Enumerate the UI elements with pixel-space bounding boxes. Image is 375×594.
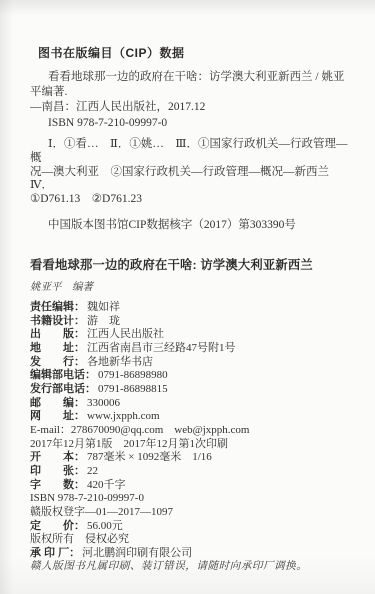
row-sheets-value: 22	[85, 465, 98, 477]
cip-header: 图书在版编目（CIP）数据	[38, 44, 375, 61]
cip-classification: Ⅰ．①看… Ⅱ．①姚… Ⅲ．①国家行政机关—行政管理—概 况—澳大利亚 ②国家行…	[30, 138, 355, 207]
row-email: E-mail：278670090@qq.com web@jxpph.com	[30, 424, 359, 438]
row-publisher: 出 版：江西人民出版社	[30, 328, 359, 342]
row-registration-value: 赣版权登字—01—2017—1097	[30, 506, 173, 518]
cip-record-number: 中国版本图书馆CIP数据核字（2017）第303390号	[48, 216, 375, 232]
row-postcode-value: 330006	[85, 397, 120, 409]
row-distribution-phone: 发行部电话：0791-86898815	[30, 383, 359, 397]
cip-description: 看看地球那一边的政府在干啥：访学澳大利亚新西兰 / 姚亚平编著. —南昌：江西人…	[30, 70, 351, 115]
row-postcode-label: 邮 编：	[30, 397, 85, 409]
row-distribution-phone-label: 发行部电话：	[30, 383, 96, 395]
row-editor: 责任编辑：魏如祥	[30, 301, 359, 315]
row-edition-value: 2017年12月第1版 2017年12月第1次印刷	[30, 438, 228, 450]
row-printer-value: 河北鹏润印刷有限公司	[80, 547, 192, 559]
row-editorial-phone-label: 编辑部电话：	[30, 369, 96, 381]
book-title: 看看地球那一边的政府在干啥: 访学澳大利亚新西兰	[30, 255, 359, 273]
cip-isbn: ISBN 978-7-210-09997-0	[48, 116, 375, 131]
row-distribution-label: 发 行：	[30, 356, 85, 368]
row-designer-label: 书籍设计：	[30, 315, 85, 327]
colophon-rows: 责任编辑：魏如祥 书籍设计：游 珑 出 版：江西人民出版社 地 址：江西省南昌市…	[30, 301, 359, 560]
row-editor-label: 责任编辑：	[30, 301, 85, 313]
row-sheets: 印 张：22	[30, 465, 359, 479]
row-price-value: 56.00元	[85, 520, 123, 532]
row-printer: 承 印 厂：河北鹏润印刷有限公司	[30, 547, 359, 561]
row-price-label: 定 价：	[30, 520, 85, 532]
row-distribution-phone-value: 0791-86898815	[96, 383, 168, 395]
row-copyright-notice: 版权所有 侵权必究	[30, 533, 359, 547]
row-editor-value: 魏如祥	[85, 301, 120, 313]
row-designer-value: 游 珑	[85, 315, 120, 327]
row-email-value: E-mail：278670090@qq.com web@jxpph.com	[30, 424, 249, 436]
row-postcode: 邮 编：330006	[30, 397, 359, 411]
row-editorial-phone-value: 0791-86898980	[96, 369, 168, 381]
row-format-label: 开 本：	[30, 451, 85, 463]
row-wordcount: 字 数：420千字	[30, 479, 359, 493]
row-edition: 2017年12月第1版 2017年12月第1次印刷	[30, 438, 359, 452]
row-publisher-label: 出 版：	[30, 328, 85, 340]
row-isbn-value: ISBN 978-7-210-09997-0	[30, 492, 144, 504]
row-address: 地 址：江西省南昌市三经路47号附1号	[30, 342, 359, 356]
book-author: 姚亚平 编著	[30, 279, 359, 294]
row-isbn: ISBN 978-7-210-09997-0	[30, 492, 359, 506]
cip-description-line2: —南昌：江西人民出版社，2017.12	[30, 101, 205, 113]
row-format: 开 本：787毫米 × 1092毫米 1/16	[30, 451, 359, 465]
cip-classification-line2: 况—澳大利亚 ②国家行政机关—行政管理—概况—新西兰 Ⅳ．	[30, 166, 341, 192]
row-sheets-label: 印 张：	[30, 465, 85, 477]
row-distribution-value: 各地新华书店	[85, 356, 153, 368]
row-distribution: 发 行：各地新华书店	[30, 356, 359, 370]
replacement-note: 赣人版图书凡属印刷、装订错误，请随时向承印厂调换。	[30, 560, 359, 574]
row-price: 定 价：56.00元	[30, 520, 359, 534]
row-address-label: 地 址：	[30, 342, 85, 354]
row-website-label: 网 址：	[30, 410, 85, 422]
cip-description-line1: 看看地球那一边的政府在干啥：访学澳大利亚新西兰 / 姚亚平编著.	[30, 70, 351, 100]
copyright-page: 图书在版编目（CIP）数据 看看地球那一边的政府在干啥：访学澳大利亚新西兰 / …	[0, 0, 375, 594]
row-registration: 赣版权登字—01—2017—1097	[30, 506, 359, 520]
row-publisher-value: 江西人民出版社	[85, 328, 164, 340]
cip-classification-line3: ①D761.13 ②D761.23	[30, 193, 142, 205]
row-website: 网 址：www.jxpph.com	[30, 410, 359, 424]
row-wordcount-label: 字 数：	[30, 479, 85, 491]
row-designer: 书籍设计：游 珑	[30, 315, 359, 329]
row-address-value: 江西省南昌市三经路47号附1号	[85, 342, 236, 354]
cip-section: 图书在版编目（CIP）数据 看看地球那一边的政府在干啥：访学澳大利亚新西兰 / …	[0, 44, 375, 232]
row-copyright-notice-value: 版权所有 侵权必究	[30, 533, 129, 545]
cip-classification-line1: Ⅰ．①看… Ⅱ．①姚… Ⅲ．①国家行政机关—行政管理—概	[30, 138, 355, 166]
row-website-value: www.jxpph.com	[85, 410, 160, 422]
row-wordcount-value: 420千字	[85, 479, 126, 491]
row-editorial-phone: 编辑部电话：0791-86898980	[30, 369, 359, 383]
row-printer-label: 承 印 厂：	[30, 547, 80, 559]
row-format-value: 787毫米 × 1092毫米 1/16	[85, 451, 212, 463]
colophon-section: 看看地球那一边的政府在干啥: 访学澳大利亚新西兰 姚亚平 编著 责任编辑：魏如祥…	[30, 255, 359, 574]
